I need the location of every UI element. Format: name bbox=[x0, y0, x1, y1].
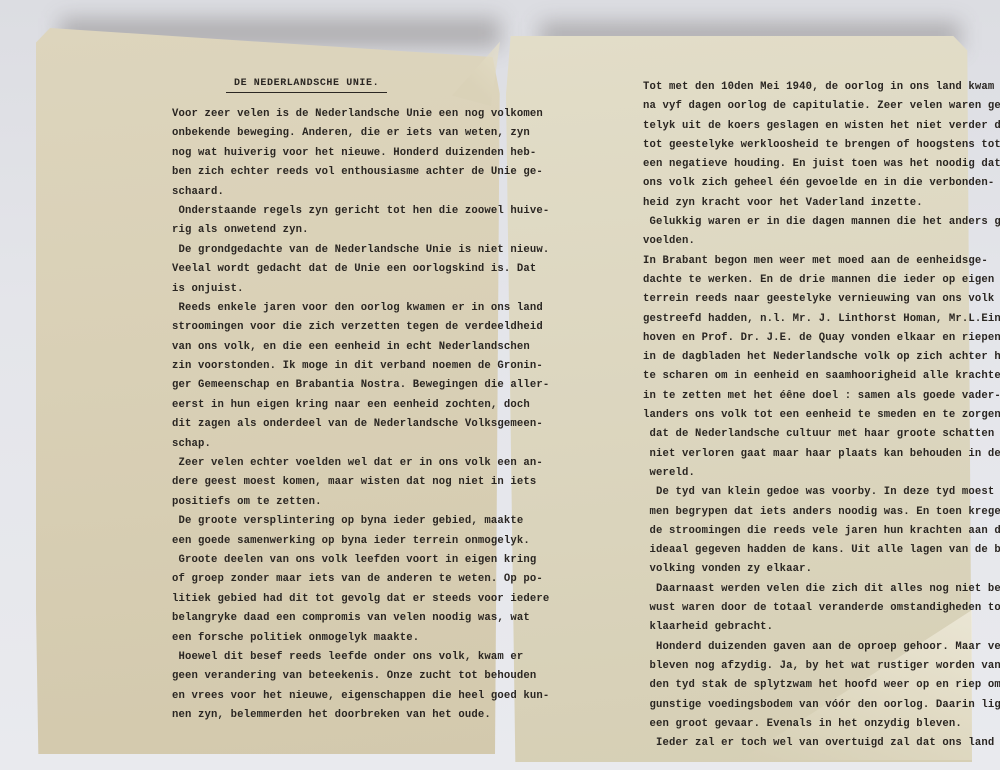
text-line: De tyd van klein gedoe was voorby. In de… bbox=[643, 483, 973, 502]
text-line: rig als onwetend zyn. bbox=[172, 221, 507, 240]
text-line: De groote versplintering op byna ieder g… bbox=[172, 512, 507, 531]
text-line: volking vonden zy elkaar. bbox=[643, 560, 973, 579]
text-line: den tyd stak de splytzwam het hoofd weer… bbox=[643, 676, 973, 695]
text-line: gestreefd hadden, n.l. Mr. J. Linthorst … bbox=[643, 310, 973, 329]
text-line: dachte te werken. En de drie mannen die … bbox=[643, 271, 973, 290]
text-line: stroomingen voor die zich verzetten tege… bbox=[172, 318, 507, 337]
text-line: tot geestelyke werkloosheid te brengen o… bbox=[643, 136, 973, 155]
text-line: belangryke daad een compromis van velen … bbox=[172, 609, 507, 628]
right-page-lines: Tot met den 10den Mei 1940, de oorlog in… bbox=[643, 78, 973, 753]
text-line: telyk uit de koers geslagen en wisten he… bbox=[643, 117, 973, 136]
text-line: na vyf dagen oorlog de capitulatie. Zeer… bbox=[643, 97, 973, 116]
text-line: in te zetten met het éêne doel : samen a… bbox=[643, 387, 973, 406]
text-line: In Brabant begon men weer met moed aan d… bbox=[643, 252, 973, 271]
text-line: nog wat huiverig voor het nieuwe. Honder… bbox=[172, 144, 507, 163]
text-line: Honderd duizenden gaven aan de oproep ge… bbox=[643, 638, 973, 657]
text-line: dere geest moest komen, maar wisten dat … bbox=[172, 473, 507, 492]
text-line: dit zagen als onderdeel van de Nederland… bbox=[172, 415, 507, 434]
text-line: heid zyn kracht voor het Vaderland inzet… bbox=[643, 194, 973, 213]
text-line: Zeer velen echter voelden wel dat er in … bbox=[172, 454, 507, 473]
text-line: Groote deelen van ons volk leefden voort… bbox=[172, 551, 507, 570]
text-line: landers ons volk tot een eenheid te smed… bbox=[643, 406, 973, 425]
text-line: wereld. bbox=[643, 464, 973, 483]
text-line: hoven en Prof. Dr. J.E. de Quay vonden e… bbox=[643, 329, 973, 348]
text-line: en vrees voor het nieuwe, eigenschappen … bbox=[172, 687, 507, 706]
left-page-lines: Voor zeer velen is de Nederlandsche Unie… bbox=[172, 105, 507, 726]
text-line: een goede samenwerking op byna ieder ter… bbox=[172, 532, 507, 551]
text-line: Reeds enkele jaren voor den oorlog kwame… bbox=[172, 299, 507, 318]
text-line: voelden. bbox=[643, 232, 973, 251]
text-line: Ieder zal er toch wel van overtuigd zal … bbox=[643, 734, 973, 753]
left-page-text: DE NEDERLANDSCHE UNIE. Voor zeer velen i… bbox=[172, 78, 507, 726]
text-line: een forsche politiek onmogelyk maakte. bbox=[172, 629, 507, 648]
text-line: schap. bbox=[172, 435, 507, 454]
text-line: de stroomingen die reeds vele jaren hun … bbox=[643, 522, 973, 541]
text-line: positiefs om te zetten. bbox=[172, 493, 507, 512]
right-page-text: Tot met den 10den Mei 1940, de oorlog in… bbox=[643, 78, 973, 753]
text-line: klaarheid gebracht. bbox=[643, 618, 973, 637]
text-line: nen zyn, belemmerden het doorbreken van … bbox=[172, 706, 507, 725]
text-line: is onjuist. bbox=[172, 280, 507, 299]
text-line: gunstige voedingsbodem van vóór den oorl… bbox=[643, 696, 973, 715]
text-line: litiek gebied had dit tot gevolg dat er … bbox=[172, 590, 507, 609]
text-line: terrein reeds naar geestelyke vernieuwin… bbox=[643, 290, 973, 309]
text-line: in de dagbladen het Nederlandsche volk o… bbox=[643, 348, 973, 367]
text-line: Daarnaast werden velen die zich dit alle… bbox=[643, 580, 973, 599]
text-line: niet verloren gaat maar haar plaats kan … bbox=[643, 445, 973, 464]
text-line: een groot gevaar. Evenals in het onzydig… bbox=[643, 715, 973, 734]
text-line: te scharen om in eenheid en saamhoorighe… bbox=[643, 367, 973, 386]
text-line: schaard. bbox=[172, 183, 507, 202]
text-line: Voor zeer velen is de Nederlandsche Unie… bbox=[172, 105, 507, 124]
document-title: DE NEDERLANDSCHE UNIE. bbox=[226, 78, 387, 93]
text-line: Hoewel dit besef reeds leefde onder ons … bbox=[172, 648, 507, 667]
text-line: zin voorstonden. Ik moge in dit verband … bbox=[172, 357, 507, 376]
text-line: onbekende beweging. Anderen, die er iets… bbox=[172, 124, 507, 143]
text-line: of groep zonder maar iets van de anderen… bbox=[172, 570, 507, 589]
text-line: dat de Nederlandsche cultuur met haar gr… bbox=[643, 425, 973, 444]
text-line: bleven nog afzydig. Ja, by het wat rusti… bbox=[643, 657, 973, 676]
text-line: wust waren door de totaal veranderde oms… bbox=[643, 599, 973, 618]
text-line: ben zich echter reeds vol enthousiasme a… bbox=[172, 163, 507, 182]
text-line: Veelal wordt gedacht dat de Unie een oor… bbox=[172, 260, 507, 279]
text-line: ons volk zich geheel één gevoelde en in … bbox=[643, 174, 973, 193]
text-line: ideaal gegeven hadden de kans. Uit alle … bbox=[643, 541, 973, 560]
text-line: men begrypen dat iets anders noodig was.… bbox=[643, 503, 973, 522]
text-line: Tot met den 10den Mei 1940, de oorlog in… bbox=[643, 78, 973, 97]
text-line: De grondgedachte van de Nederlandsche Un… bbox=[172, 241, 507, 260]
text-line: van ons volk, en die een eenheid in echt… bbox=[172, 338, 507, 357]
text-line: geen verandering van beteekenis. Onze zu… bbox=[172, 667, 507, 686]
text-line: een negatieve houding. En juist toen was… bbox=[643, 155, 973, 174]
text-line: eerst in hun eigen kring naar een eenhei… bbox=[172, 396, 507, 415]
text-line: Onderstaande regels zyn gericht tot hen … bbox=[172, 202, 507, 221]
text-line: Gelukkig waren er in die dagen mannen di… bbox=[643, 213, 973, 232]
text-line: ger Gemeenschap en Brabantia Nostra. Bew… bbox=[172, 376, 507, 395]
